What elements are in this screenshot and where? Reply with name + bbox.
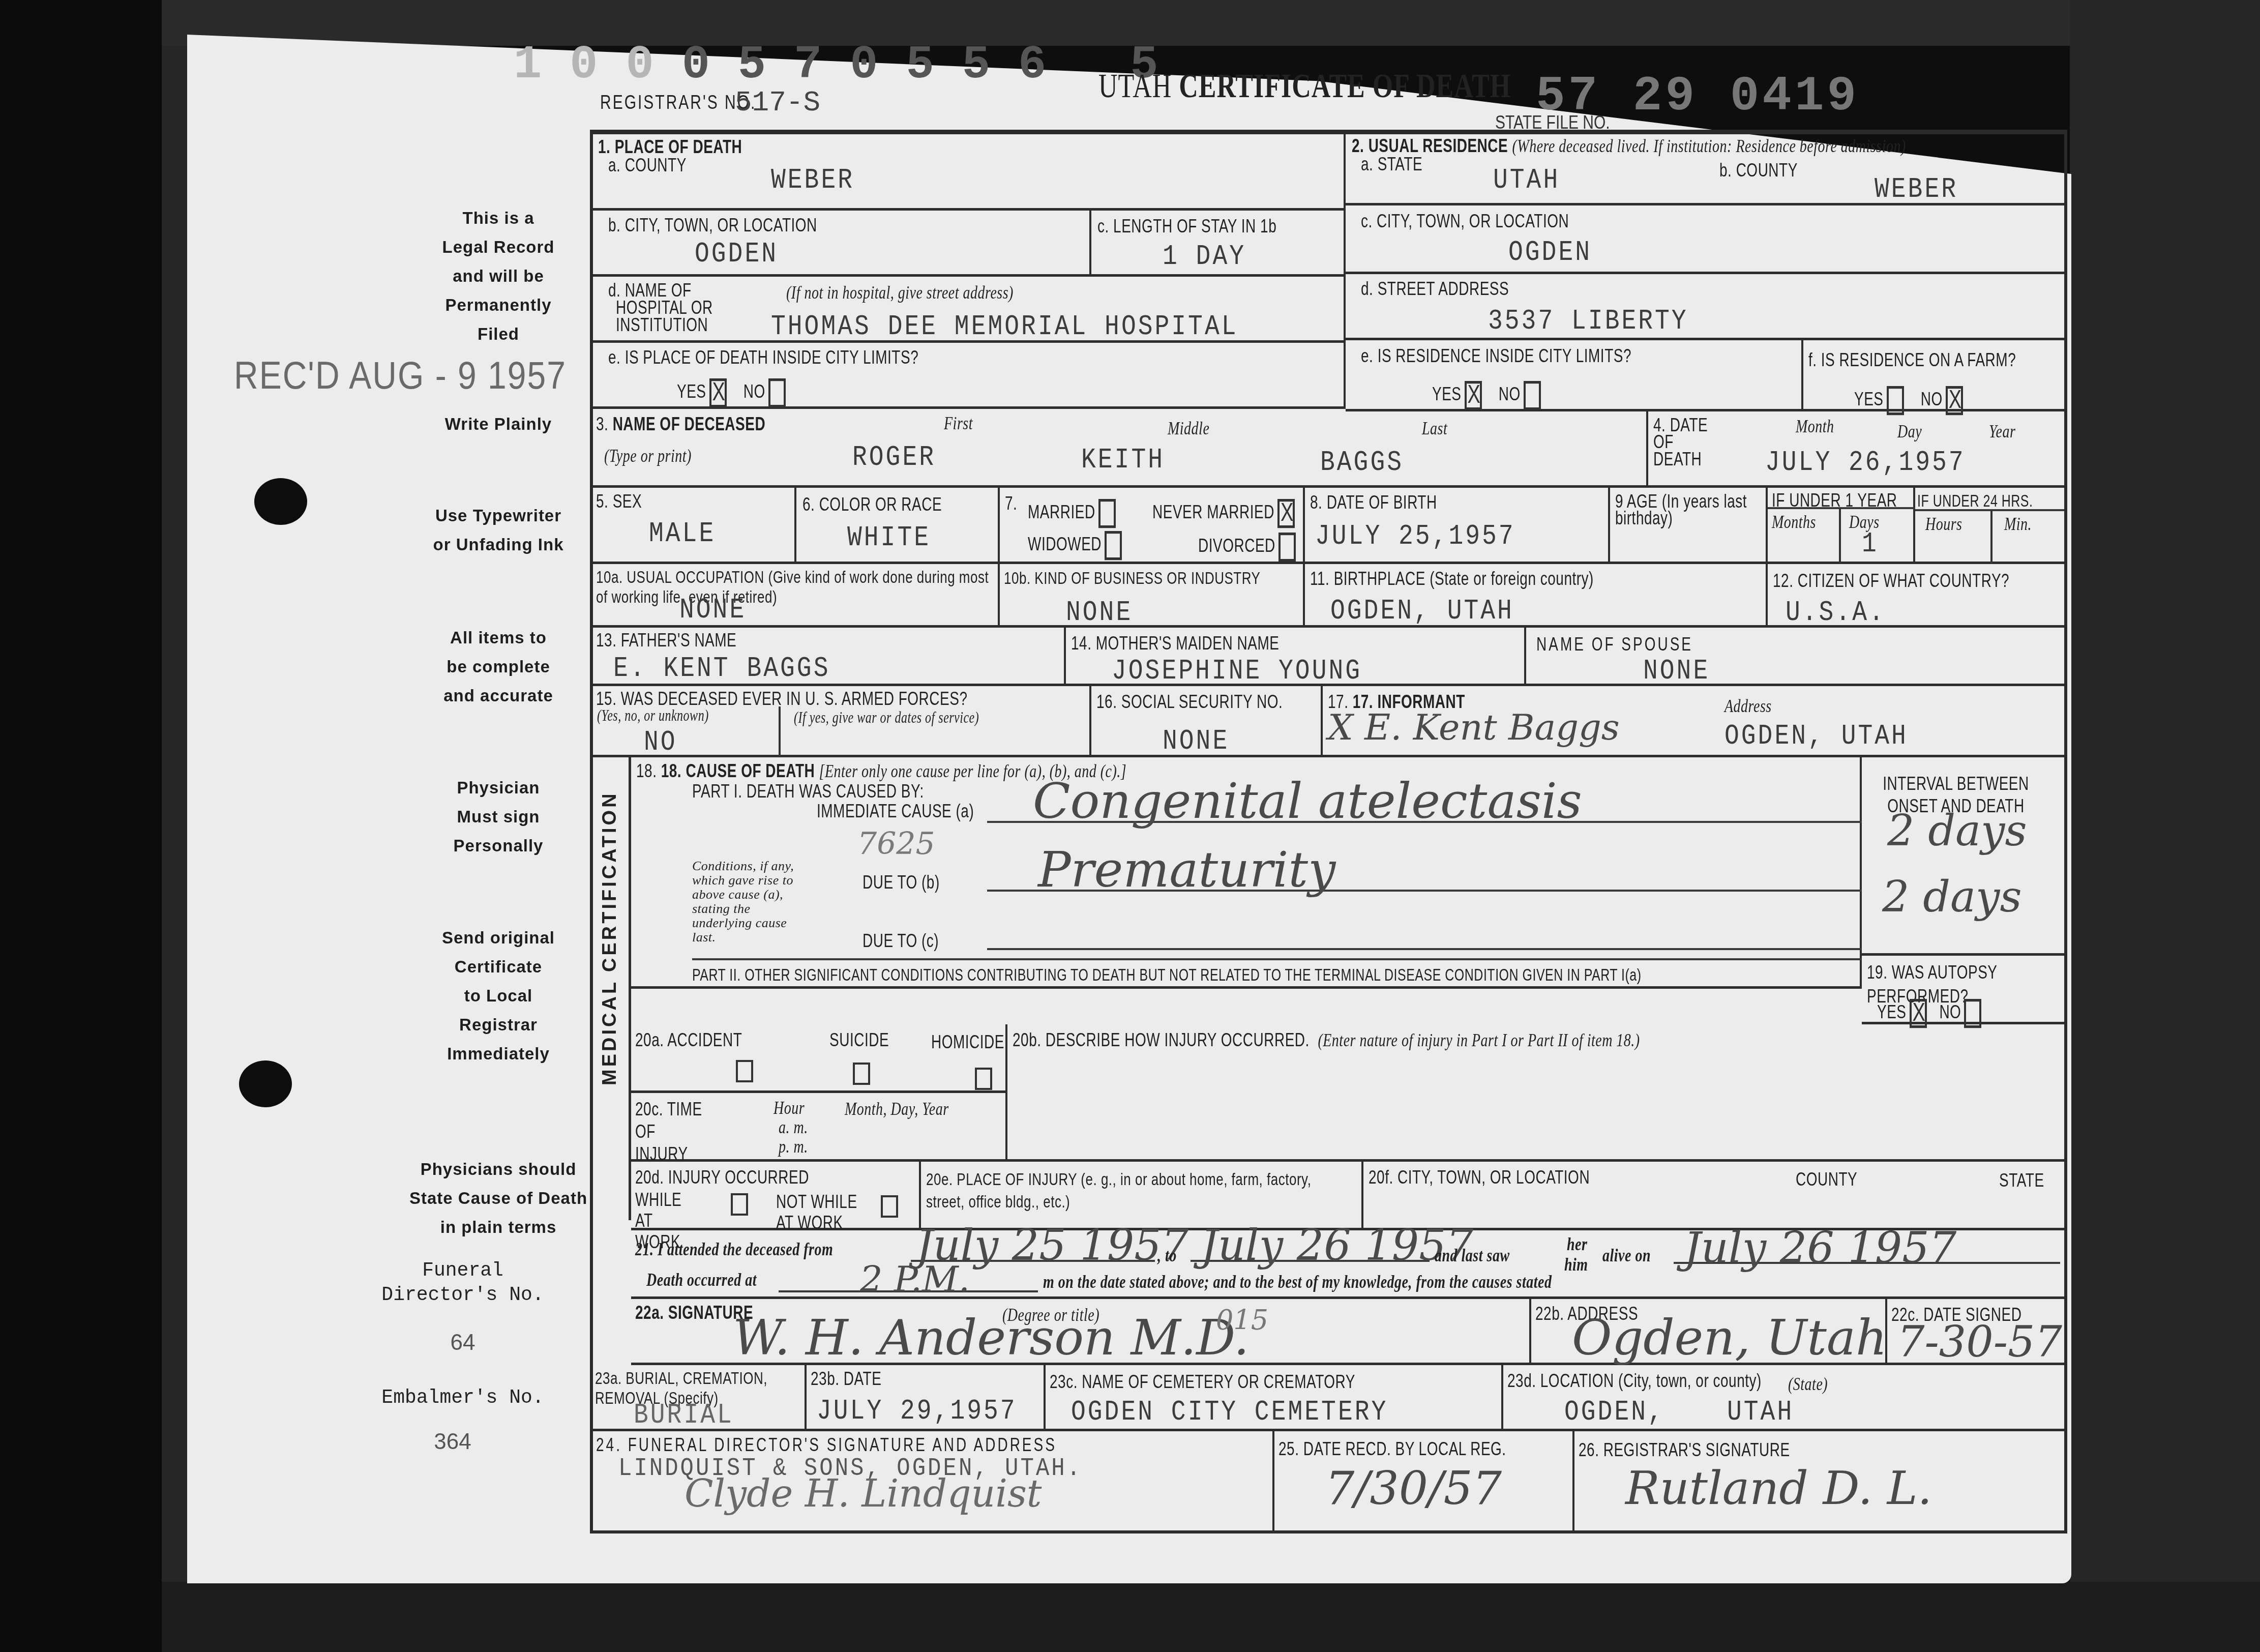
checkbox-yes-checked[interactable] xyxy=(1465,381,1482,410)
field-deceased-name[interactable]: 3. NAME OF DECEASED (Type or print) Firs… xyxy=(593,411,1648,488)
checkbox-while-at-work[interactable] xyxy=(731,1193,748,1216)
birthplace-value: OGDEN, UTAH xyxy=(1330,596,1514,627)
attended-label: 21. I attended the deceased from xyxy=(635,1240,833,1261)
yes-label: YES xyxy=(1877,1002,1907,1022)
last-name-label: Last xyxy=(1422,419,1447,440)
field-date-of-death[interactable]: 4. DATE OF DEATH Month Day Year JULY 26,… xyxy=(1648,411,2064,488)
her-label: her xyxy=(1567,1234,1587,1256)
scan-border-top xyxy=(162,0,2260,46)
field-father-name[interactable]: 13. FATHER'S NAME E. KENT BAGGS xyxy=(593,628,1066,686)
him-label: him xyxy=(1564,1255,1588,1276)
field-hospital[interactable]: d. NAME OF HOSPITAL OR INSTITUTION (If n… xyxy=(593,277,1346,343)
race-label: 6. COLOR OR RACE xyxy=(802,494,942,515)
checkbox-accident[interactable] xyxy=(736,1060,753,1082)
physician-address-value: Ogden, Utah xyxy=(1572,1309,1887,1366)
min-label: Min. xyxy=(2004,514,2032,536)
citizen-label: 12. CITIZEN OF WHAT COUNTRY? xyxy=(1773,570,2009,592)
year-label: Year xyxy=(1989,422,2015,443)
county-value: WEBER xyxy=(771,165,854,196)
note-complete: All items to be complete and accurate xyxy=(392,623,605,710)
injury-desc-hint: (Enter nature of injury in Part I or Par… xyxy=(1318,1030,1640,1050)
field-informant[interactable]: 17. 17. INFORMANT X E. Kent Baggs Addres… xyxy=(1323,686,2064,757)
field-marital-status[interactable]: 7. MARRIED NEVER MARRIED WIDOWED DIVORCE… xyxy=(1000,488,1305,564)
field-injury-description[interactable]: 20b. DESCRIBE HOW INJURY OCCURRED. (Ente… xyxy=(1007,1024,2064,1162)
burial-state-label: (State) xyxy=(1788,1374,1828,1396)
not-while-at-work-label: NOT WHILE AT WORK xyxy=(776,1191,857,1233)
stamped-serial-faint: 100 xyxy=(514,38,682,92)
age-label: 9 AGE (In years last birthday) xyxy=(1615,493,1763,527)
married-label: MARRIED xyxy=(1028,502,1095,522)
registrar-signature: Rutland D. L. xyxy=(1625,1462,1932,1515)
accident-label: 20a. ACCIDENT xyxy=(635,1029,742,1051)
injury-state-label: STATE xyxy=(1999,1170,2044,1191)
field-place-of-death-city[interactable]: b. CITY, TOWN, OR LOCATION OGDEN xyxy=(593,211,1091,277)
father-value: E. KENT BAGGS xyxy=(613,653,830,685)
age-days-value: 1 xyxy=(1862,528,1879,560)
field-residence-city[interactable]: c. CITY, TOWN, OR LOCATION OGDEN xyxy=(1346,205,2064,274)
under-24-hrs-label: IF UNDER 24 HRS. xyxy=(1917,492,2033,511)
received-date-stamp: REC'D AUG - 9 1957 xyxy=(234,353,567,397)
punch-hole xyxy=(254,478,307,525)
time-of-injury-label: 20c. TIME OF INJURY xyxy=(635,1098,711,1166)
birth-date-label: 8. DATE OF BIRTH xyxy=(1310,492,1437,513)
due-to-c-label: DUE TO (c) xyxy=(863,930,939,952)
mother-value: JOSEPHINE YOUNG xyxy=(1112,656,1362,687)
place-of-injury-label: 20e. PLACE OF INJURY (e. g., in or about… xyxy=(926,1168,1348,1213)
occupation-label: 10a. USUAL OCCUPATION (Give kind of work… xyxy=(596,567,998,607)
field-race[interactable]: 6. COLOR OR RACE WHITE xyxy=(796,488,1000,564)
spouse-label: NAME OF SPOUSE xyxy=(1536,634,1693,655)
cemetery-value: OGDEN CITY CEMETERY xyxy=(1071,1397,1388,1428)
farm-label: f. IS RESIDENCE ON A FARM? xyxy=(1808,349,2016,371)
certificate-title: UTAH CERTIFICATE OF DEATH xyxy=(1098,67,1511,106)
field-cause-of-death[interactable]: 18. 18. CAUSE OF DEATH [Enter only one c… xyxy=(631,757,1862,989)
birth-date-value: JULY 25,1957 xyxy=(1315,521,1515,552)
burial-date-value: JULY 29,1957 xyxy=(817,1396,1017,1427)
race-value: WHITE xyxy=(847,522,931,554)
signature-note: 015 xyxy=(1216,1304,1268,1336)
scan-border-right xyxy=(2070,0,2260,1652)
day-label: Day xyxy=(1897,422,1922,443)
burial-date-label: 23b. DATE xyxy=(811,1368,881,1390)
field-residence-state-county[interactable]: 2. USUAL RESIDENCE (Where deceased lived… xyxy=(1346,134,2064,205)
armed-forces-hint: (Yes, no, or unknown) xyxy=(597,707,709,725)
field-registrar-signature[interactable]: 26. REGISTRAR'S SIGNATURE Rutland D. L. xyxy=(1574,1431,2064,1533)
checkbox-yes-checked[interactable] xyxy=(709,378,727,407)
field-age-under-24-hrs[interactable]: IF UNDER 24 HRS. Hours Min. xyxy=(1915,488,2064,564)
note-cause-plain-terms: Physicians should State Cause of Death i… xyxy=(379,1155,618,1242)
length-of-stay-value: 1 DAY xyxy=(1163,241,1246,273)
residence-state-label: a. STATE xyxy=(1361,154,1422,175)
hospital-hint: (If not in hospital, give street address… xyxy=(786,283,1014,304)
month-day-year-label: Month, Day, Year xyxy=(845,1099,949,1120)
registrar-number: 517-S xyxy=(735,86,820,119)
armed-forces-value: NO xyxy=(644,727,677,758)
father-label: 13. FATHER'S NAME xyxy=(596,630,736,651)
title-state: UTAH xyxy=(1098,67,1172,105)
checkbox-no[interactable] xyxy=(768,378,786,407)
field-date-signed[interactable]: 22c. DATE SIGNED 7-30-57 xyxy=(1887,1299,2064,1365)
last-saw-label: and last saw xyxy=(1435,1246,1510,1267)
date-of-death-value: JULY 26,1957 xyxy=(1765,447,1966,479)
armed-forces-service-hint: (If yes, give war or dates of service) xyxy=(794,710,979,727)
embalmer-number: 364 xyxy=(346,1429,559,1455)
field-residence-street[interactable]: d. STREET ADDRESS 3537 LIBERTY xyxy=(1346,274,2064,340)
field-physician-signature[interactable]: 22a. SIGNATURE (Degree or title) W. H. A… xyxy=(631,1299,1531,1365)
burial-location-label: 23d. LOCATION (City, town, or county) xyxy=(1507,1370,1762,1391)
armed-forces-label: 15. WAS DECEASED EVER IN U. S. ARMED FOR… xyxy=(596,688,967,710)
field-spouse-name[interactable]: NAME OF SPOUSE NONE xyxy=(1526,628,2064,686)
length-of-stay-label: c. LENGTH OF STAY IN 1b xyxy=(1097,216,1276,237)
field-autopsy[interactable]: 19. WAS AUTOPSY PERFORMED? YES NO xyxy=(1862,956,2064,1024)
no-label: NO xyxy=(1939,1002,1961,1022)
marital-number: 7. xyxy=(1005,493,1017,514)
field-place-of-death-county[interactable]: 1. PLACE OF DEATH a. COUNTY WEBER xyxy=(593,134,1346,211)
no-label: NO xyxy=(1921,389,1943,409)
due-to-b-label: DUE TO (b) xyxy=(863,872,940,893)
to-label: , to xyxy=(1157,1246,1177,1267)
yes-label: YES xyxy=(1854,389,1884,409)
death-time-suffix: m on the date stated above; and to the b… xyxy=(1043,1272,1552,1293)
city-label: b. CITY, TOWN, OR LOCATION xyxy=(608,215,817,236)
death-certificate-form: 1. PLACE OF DEATH a. COUNTY WEBER b. CIT… xyxy=(590,130,2067,1533)
residence-city-value: OGDEN xyxy=(1508,237,1592,269)
field-social-security[interactable]: 16. SOCIAL SECURITY NO. NONE xyxy=(1091,686,1323,757)
date-received-label: 25. DATE RECD. BY LOCAL REG. xyxy=(1278,1438,1506,1460)
widowed-label: WIDOWED xyxy=(1028,534,1102,554)
field-time-of-injury[interactable]: 20c. TIME OF INJURY Hour a. m. p. m. Mon… xyxy=(631,1093,1007,1162)
burial-location-state: UTAH xyxy=(1727,1397,1794,1428)
date-received-value: 7/30/57 xyxy=(1325,1462,1502,1515)
cause-heading: 18. CAUSE OF DEATH xyxy=(661,760,815,781)
part1-label: PART I. DEATH WAS CAUSED BY: xyxy=(692,781,924,802)
note-physician-sign: Physician Must sign Personally xyxy=(392,773,605,860)
hospital-label: INSTITUTION xyxy=(616,314,708,336)
place-of-death-heading: 1. PLACE OF DEATH xyxy=(598,136,742,157)
residence-county-value: WEBER xyxy=(1875,174,1958,205)
checkbox-widowed[interactable] xyxy=(1105,531,1122,560)
field-onset-interval[interactable]: INTERVAL BETWEEN ONSET AND DEATH 2 days … xyxy=(1862,757,2064,956)
field-injury-occurred[interactable]: 20d. INJURY OCCURRED WHILE AT WORK NOT W… xyxy=(631,1162,921,1230)
field-death-inside-city[interactable]: e. IS PLACE OF DEATH INSIDE CITY LIMITS?… xyxy=(593,343,1346,409)
field-funeral-director[interactable]: 24. FUNERAL DIRECTOR'S SIGNATURE AND ADD… xyxy=(593,1431,1274,1533)
residence-city-label: c. CITY, TOWN, OR LOCATION xyxy=(1361,211,1569,232)
checkbox-not-while-at-work[interactable] xyxy=(881,1195,898,1218)
usual-residence-heading: 2. USUAL RESIDENCE xyxy=(1352,135,1508,156)
name-label: NAME OF DECEASED xyxy=(613,414,765,434)
field-residence-inside-city[interactable]: e. IS RESIDENCE INSIDE CITY LIMITS? YES … xyxy=(1346,340,1803,411)
field-residence-farm[interactable]: f. IS RESIDENCE ON A FARM? YES NO xyxy=(1803,340,2064,411)
death-time-value: 2 P.M. xyxy=(860,1258,970,1300)
pm-label: p. m. xyxy=(779,1137,808,1158)
cause-code-note: 7625 xyxy=(857,826,935,862)
interval-a-value: 2 days xyxy=(1887,806,2027,855)
field-birthplace[interactable]: 11. BIRTHPLACE (State or foreign country… xyxy=(1305,564,1768,628)
divorced-label: DIVORCED xyxy=(1198,536,1275,556)
checkbox-married[interactable] xyxy=(1098,499,1116,528)
yes-label: YES xyxy=(677,381,706,402)
interval-b-value: 2 days xyxy=(1882,872,2022,922)
homicide-label: HOMICIDE xyxy=(931,1031,1004,1053)
embalmer-number-label: Embalmer's No. xyxy=(356,1386,570,1410)
date-signed-value: 7-30-57 xyxy=(1897,1317,2062,1367)
never-married-label: NEVER MARRIED xyxy=(1152,502,1274,522)
informant-signature: X E. Kent Baggs xyxy=(1328,706,1620,748)
last-saw-alive-value: July 26 1957 xyxy=(1684,1223,1956,1273)
funeral-director-signature: Clyde H. Lindquist xyxy=(685,1472,1042,1516)
burial-location-city: OGDEN, xyxy=(1564,1397,1664,1428)
informant-address-label: Address xyxy=(1724,696,1772,718)
birthplace-label: 11. BIRTHPLACE (State or foreign country… xyxy=(1310,568,1594,589)
alive-on-label: alive on xyxy=(1602,1246,1651,1267)
field-physician-address[interactable]: 22b. ADDRESS Ogden, Utah xyxy=(1531,1299,1887,1365)
first-name-value: ROGER xyxy=(852,442,936,474)
conditions-hint: Conditions, if any, which gave rise to a… xyxy=(692,859,809,945)
occupation-value: NONE xyxy=(679,595,746,626)
spouse-value: NONE xyxy=(1643,656,1710,687)
injury-desc-label: 20b. DESCRIBE HOW INJURY OCCURRED. xyxy=(1013,1029,1310,1050)
title-text: CERTIFICATE OF DEATH xyxy=(1179,67,1511,105)
residence-street-label: d. STREET ADDRESS xyxy=(1361,278,1509,300)
no-label: NO xyxy=(744,381,765,402)
note-legal-record: This is a Legal Record and will be Perma… xyxy=(392,203,605,348)
residence-state-value: UTAH xyxy=(1493,165,1560,196)
checkbox-autopsy-no[interactable] xyxy=(1964,999,1981,1028)
yes-label: YES xyxy=(1432,384,1462,404)
field-occupation[interactable]: 10a. USUAL OCCUPATION (Give kind of work… xyxy=(593,564,1000,628)
death-inside-city-label: e. IS PLACE OF DEATH INSIDE CITY LIMITS? xyxy=(608,347,918,368)
checkbox-homicide[interactable] xyxy=(975,1068,992,1090)
field-burial-date[interactable]: 23b. DATE JULY 29,1957 xyxy=(807,1365,1046,1431)
stamped-serial-number: 1000570556 5 xyxy=(514,38,1186,92)
scan-border-left-inner xyxy=(162,0,188,1652)
registrar-signature-label: 26. REGISTRAR'S SIGNATURE xyxy=(1579,1439,1790,1461)
scan-border-left xyxy=(0,0,162,1652)
attended-to-value: July 26 1957 xyxy=(1201,1220,1473,1270)
ssn-value: NONE xyxy=(1163,726,1229,757)
industry-label: 10b. KIND OF BUSINESS OR INDUSTRY xyxy=(1004,568,1260,588)
scan-border-bottom xyxy=(162,1582,2260,1652)
funeral-director-label: 24. FUNERAL DIRECTOR'S SIGNATURE AND ADD… xyxy=(596,1434,1057,1456)
informant-address-value: OGDEN, UTAH xyxy=(1724,721,1908,752)
note-send-original: Send original Certificate to Local Regis… xyxy=(392,923,605,1068)
residence-street-value: 3537 LIBERTY xyxy=(1488,306,1688,337)
hours-label: Hours xyxy=(1925,514,1962,536)
middle-name-value: KEITH xyxy=(1081,445,1165,476)
note-typewriter: Use Typewriter or Unfading Ink xyxy=(392,501,605,559)
usual-residence-hint: (Where deceased lived. If institution: R… xyxy=(1512,136,1906,156)
month-label: Month xyxy=(1796,417,1834,438)
hour-label: Hour xyxy=(774,1098,805,1119)
part2-label: PART II. OTHER SIGNIFICANT CONDITIONS CO… xyxy=(692,966,1642,985)
field-age-under-1-year[interactable]: IF UNDER 1 YEAR Months Days 1 xyxy=(1768,488,1915,564)
checkbox-no[interactable] xyxy=(1524,381,1541,410)
punch-hole xyxy=(239,1060,292,1107)
county-label: a. COUNTY xyxy=(608,155,687,176)
middle-name-label: Middle xyxy=(1168,419,1209,440)
last-name-value: BAGGS xyxy=(1320,447,1404,479)
field-mother-maiden-name[interactable]: 14. MOTHER'S MAIDEN NAME JOSEPHINE YOUNG xyxy=(1066,628,1526,686)
name-number: 3. xyxy=(596,414,608,434)
checkbox-no-checked[interactable] xyxy=(1946,386,1963,415)
medical-certification-label: MEDICAL CERTIFICATION xyxy=(599,791,621,1085)
field-date-received[interactable]: 25. DATE RECD. BY LOCAL REG. 7/30/57 xyxy=(1274,1431,1574,1533)
mother-label: 14. MOTHER'S MAIDEN NAME xyxy=(1071,633,1279,654)
registrar-number-label: REGISTRAR'S NO. xyxy=(600,92,756,114)
hospital-value: THOMAS DEE MEMORIAL HOSPITAL xyxy=(771,311,1238,343)
sex-label: 5. SEX xyxy=(596,491,642,512)
field-burial-location[interactable]: 23d. LOCATION (City, town, or county) (S… xyxy=(1503,1365,2064,1431)
field-armed-forces[interactable]: 15. WAS DECEASED EVER IN U. S. ARMED FOR… xyxy=(593,686,1091,757)
field-sex[interactable]: 5. SEX MALE xyxy=(593,488,796,564)
first-name-label: First xyxy=(944,414,973,435)
field-length-of-stay[interactable]: c. LENGTH OF STAY IN 1b 1 DAY xyxy=(1091,211,1346,277)
ssn-label: 16. SOCIAL SECURITY NO. xyxy=(1096,691,1283,713)
field-injury-type[interactable]: 20a. ACCIDENT SUICIDE HOMICIDE xyxy=(631,1024,1007,1093)
date-of-death-label: 4. DATE OF DEATH xyxy=(1653,417,1724,468)
checkbox-never-married-checked[interactable] xyxy=(1277,499,1295,528)
field-cemetery[interactable]: 23c. NAME OF CEMETERY OR CREMATORY OGDEN… xyxy=(1046,1365,1503,1431)
funeral-director-number-label: Funeral Director's No. xyxy=(356,1259,570,1308)
residence-county-label: b. COUNTY xyxy=(1719,160,1798,181)
immediate-cause-label: IMMEDIATE CAUSE (a) xyxy=(817,801,974,822)
due-to-b-value: Prematurity xyxy=(1038,841,1335,898)
sex-value: MALE xyxy=(649,518,716,550)
checkbox-autopsy-yes-checked[interactable] xyxy=(1910,999,1927,1028)
no-label: NO xyxy=(1499,384,1521,404)
months-label: Months xyxy=(1772,512,1816,534)
field-disposition[interactable]: 23a. BURIAL, CREMATION, REMOVAL (Specify… xyxy=(593,1365,807,1431)
checkbox-suicide[interactable] xyxy=(853,1063,870,1085)
field-date-of-birth[interactable]: 8. DATE OF BIRTH JULY 25,1957 xyxy=(1305,488,1610,564)
injury-county-label: COUNTY xyxy=(1796,1169,1857,1190)
physician-signature: W. H. Anderson M.D. xyxy=(733,1309,1249,1366)
residence-inside-city-label: e. IS RESIDENCE INSIDE CITY LIMITS? xyxy=(1361,345,1631,367)
citizen-value: U.S.A. xyxy=(1786,597,1886,629)
industry-value: NONE xyxy=(1066,597,1133,629)
cemetery-label: 23c. NAME OF CEMETERY OR CREMATORY xyxy=(1050,1371,1355,1393)
checkbox-yes[interactable] xyxy=(1887,386,1904,415)
funeral-director-number: 64 xyxy=(356,1330,570,1355)
immediate-cause-value: Congenital atelectasis xyxy=(1033,773,1582,830)
death-occurred-label: Death occurred at xyxy=(646,1270,757,1291)
checkbox-divorced[interactable] xyxy=(1278,533,1296,562)
name-hint: (Type or print) xyxy=(604,446,692,467)
field-citizenship[interactable]: 12. CITIZEN OF WHAT COUNTRY? U.S.A. xyxy=(1768,564,2064,628)
injury-occurred-label: 20d. INJURY OCCURRED xyxy=(635,1167,809,1188)
city-value: OGDEN xyxy=(695,239,778,270)
suicide-label: SUICIDE xyxy=(829,1029,889,1051)
injury-city-label: 20f. CITY, TOWN, OR LOCATION xyxy=(1369,1167,1590,1188)
field-attendance[interactable]: 21. I attended the deceased from July 25… xyxy=(631,1230,2064,1299)
note-write-plainly: Write Plainly xyxy=(392,409,605,438)
field-age[interactable]: 9 AGE (In years last birthday) xyxy=(1610,488,1768,564)
disposition-value: BURIAL xyxy=(634,1400,734,1431)
field-industry[interactable]: 10b. KIND OF BUSINESS OR INDUSTRY NONE xyxy=(1000,564,1305,628)
am-label: a. m. xyxy=(779,1117,808,1139)
